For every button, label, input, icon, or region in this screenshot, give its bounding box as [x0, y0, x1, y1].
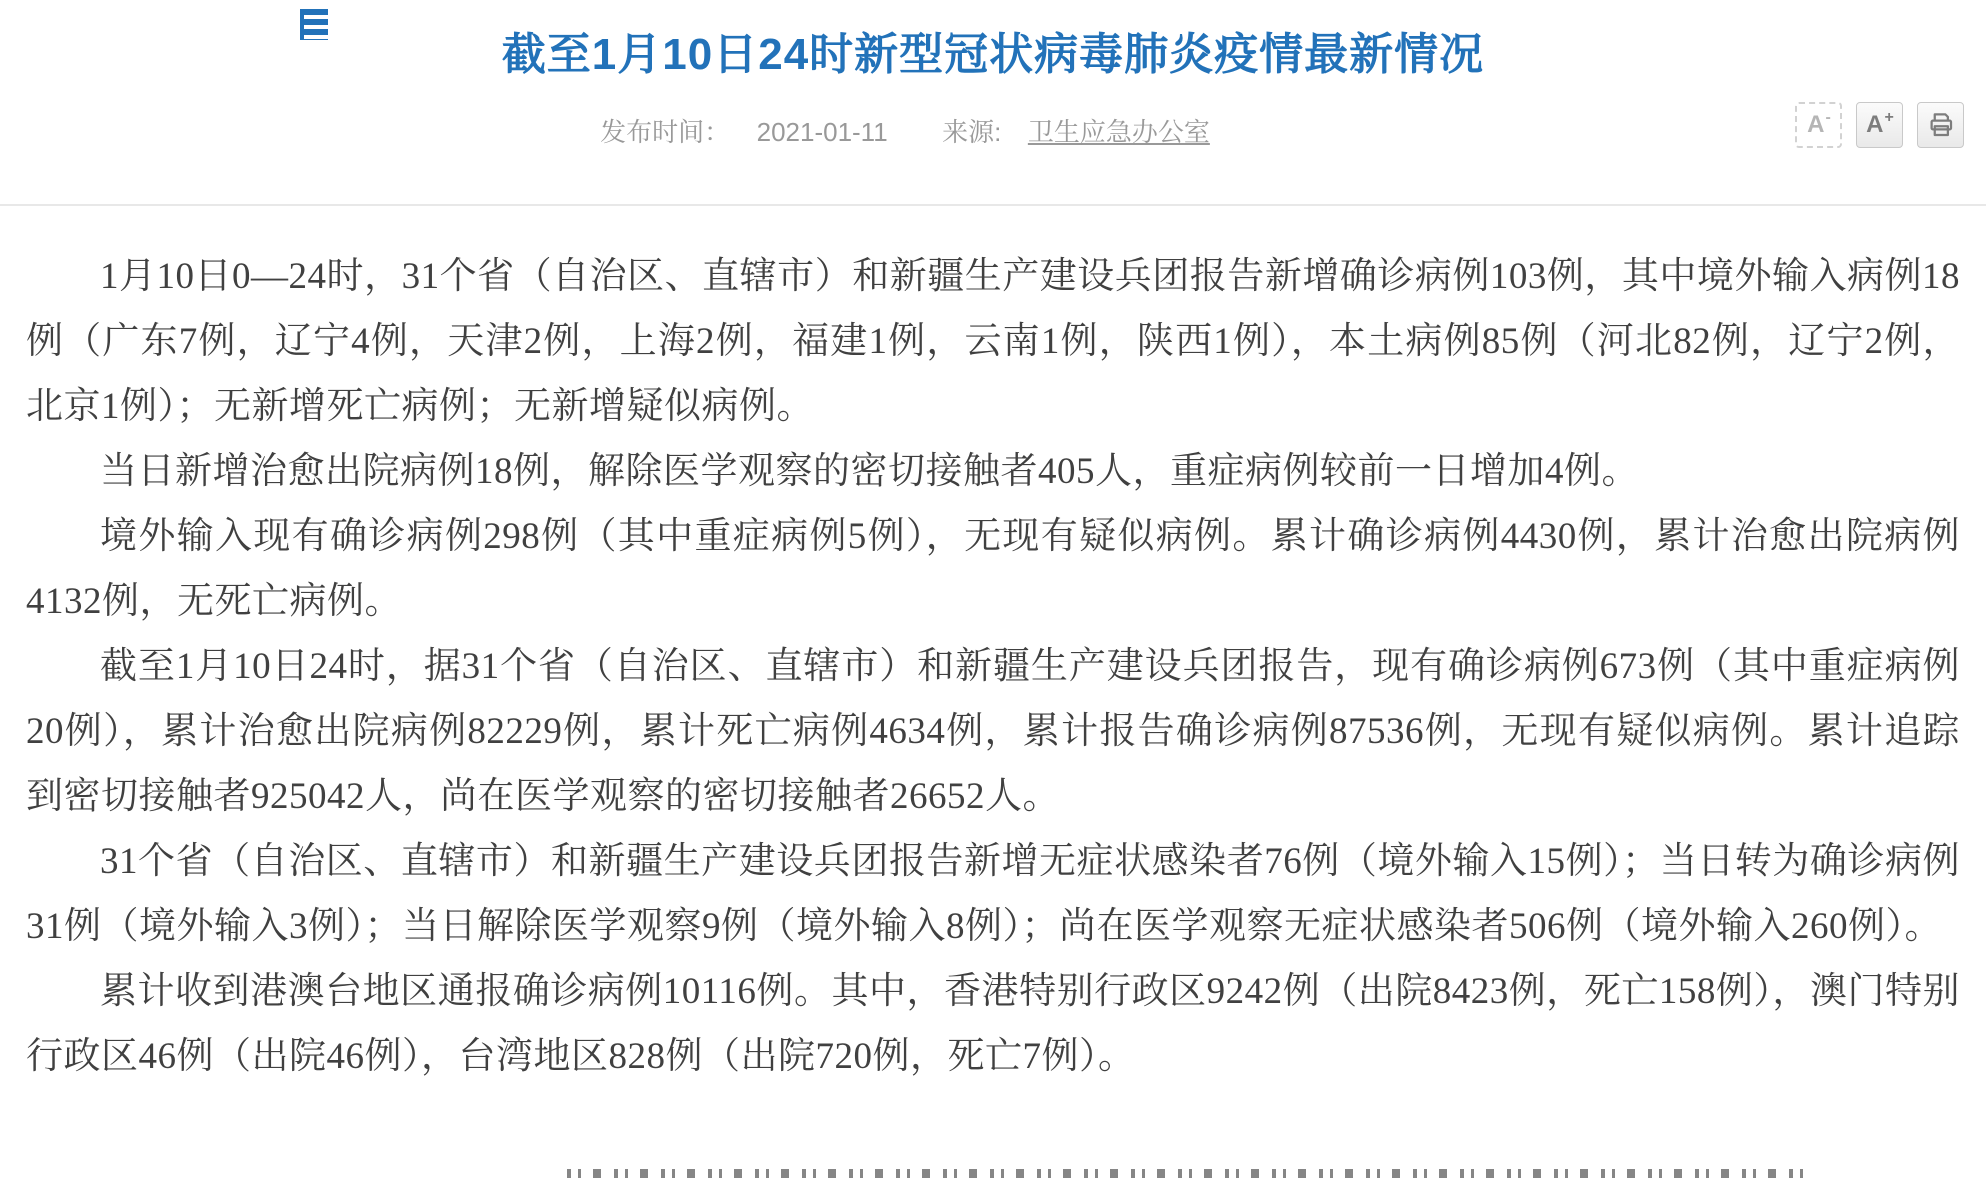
printer-icon	[1926, 110, 1956, 140]
publish-date: 2021-01-11	[757, 117, 888, 147]
font-decrease-label: A	[1807, 111, 1824, 139]
font-decrease-button[interactable]: A-	[1795, 102, 1842, 148]
paragraph-imported-cases: 境外输入现有确诊病例298例（其中重症病例5例），无现有疑似病例。累计确诊病例4…	[26, 504, 1960, 634]
source-link[interactable]: 卫生应急办公室	[1028, 117, 1210, 147]
paragraph-hk-macao-taiwan: 累计收到港澳台地区通报确诊病例10116例。其中，香港特别行政区9242例（出院…	[26, 959, 1960, 1089]
source-label: 来源:	[942, 117, 1001, 147]
font-print-toolbar: A- A+	[1795, 102, 1964, 148]
article-page: 截至1月10日24时新型冠状病毒肺炎疫情最新情况 发布时间： 2021-01-1…	[0, 0, 1986, 1178]
paragraph-new-confirmed-cases: 1月10日0—24时，31个省（自治区、直辖市）和新疆生产建设兵团报告新增确诊病…	[26, 244, 1960, 439]
article-header: 截至1月10日24时新型冠状病毒肺炎疫情最新情况 发布时间： 2021-01-1…	[0, 0, 1986, 168]
header-divider	[0, 204, 1986, 206]
meta-text: 发布时间： 2021-01-11 来源: 卫生应急办公室	[0, 102, 1986, 162]
article-body: 1月10日0—24时，31个省（自治区、直辖市）和新疆生产建设兵团报告新增确诊病…	[0, 216, 1986, 1089]
paragraph-cumulative-totals: 截至1月10日24时，据31个省（自治区、直辖市）和新疆生产建设兵团报告，现有确…	[26, 634, 1960, 829]
meta-row: 发布时间： 2021-01-11 来源: 卫生应急办公室 A- A+	[0, 102, 1986, 168]
clipped-text-line	[567, 1169, 1813, 1178]
font-increase-button[interactable]: A+	[1856, 102, 1903, 148]
publish-time-label: 发布时间：	[600, 117, 730, 147]
page-title: 截至1月10日24时新型冠状病毒肺炎疫情最新情况	[0, 0, 1986, 84]
paragraph-new-recoveries: 当日新增治愈出院病例18例，解除医学观察的密切接触者405人，重症病例较前一日增…	[26, 439, 1960, 504]
print-button[interactable]	[1917, 102, 1964, 148]
font-increase-label: A	[1866, 111, 1883, 139]
paragraph-asymptomatic-cases: 31个省（自治区、直辖市）和新疆生产建设兵团报告新增无症状感染者76例（境外输入…	[26, 829, 1960, 959]
